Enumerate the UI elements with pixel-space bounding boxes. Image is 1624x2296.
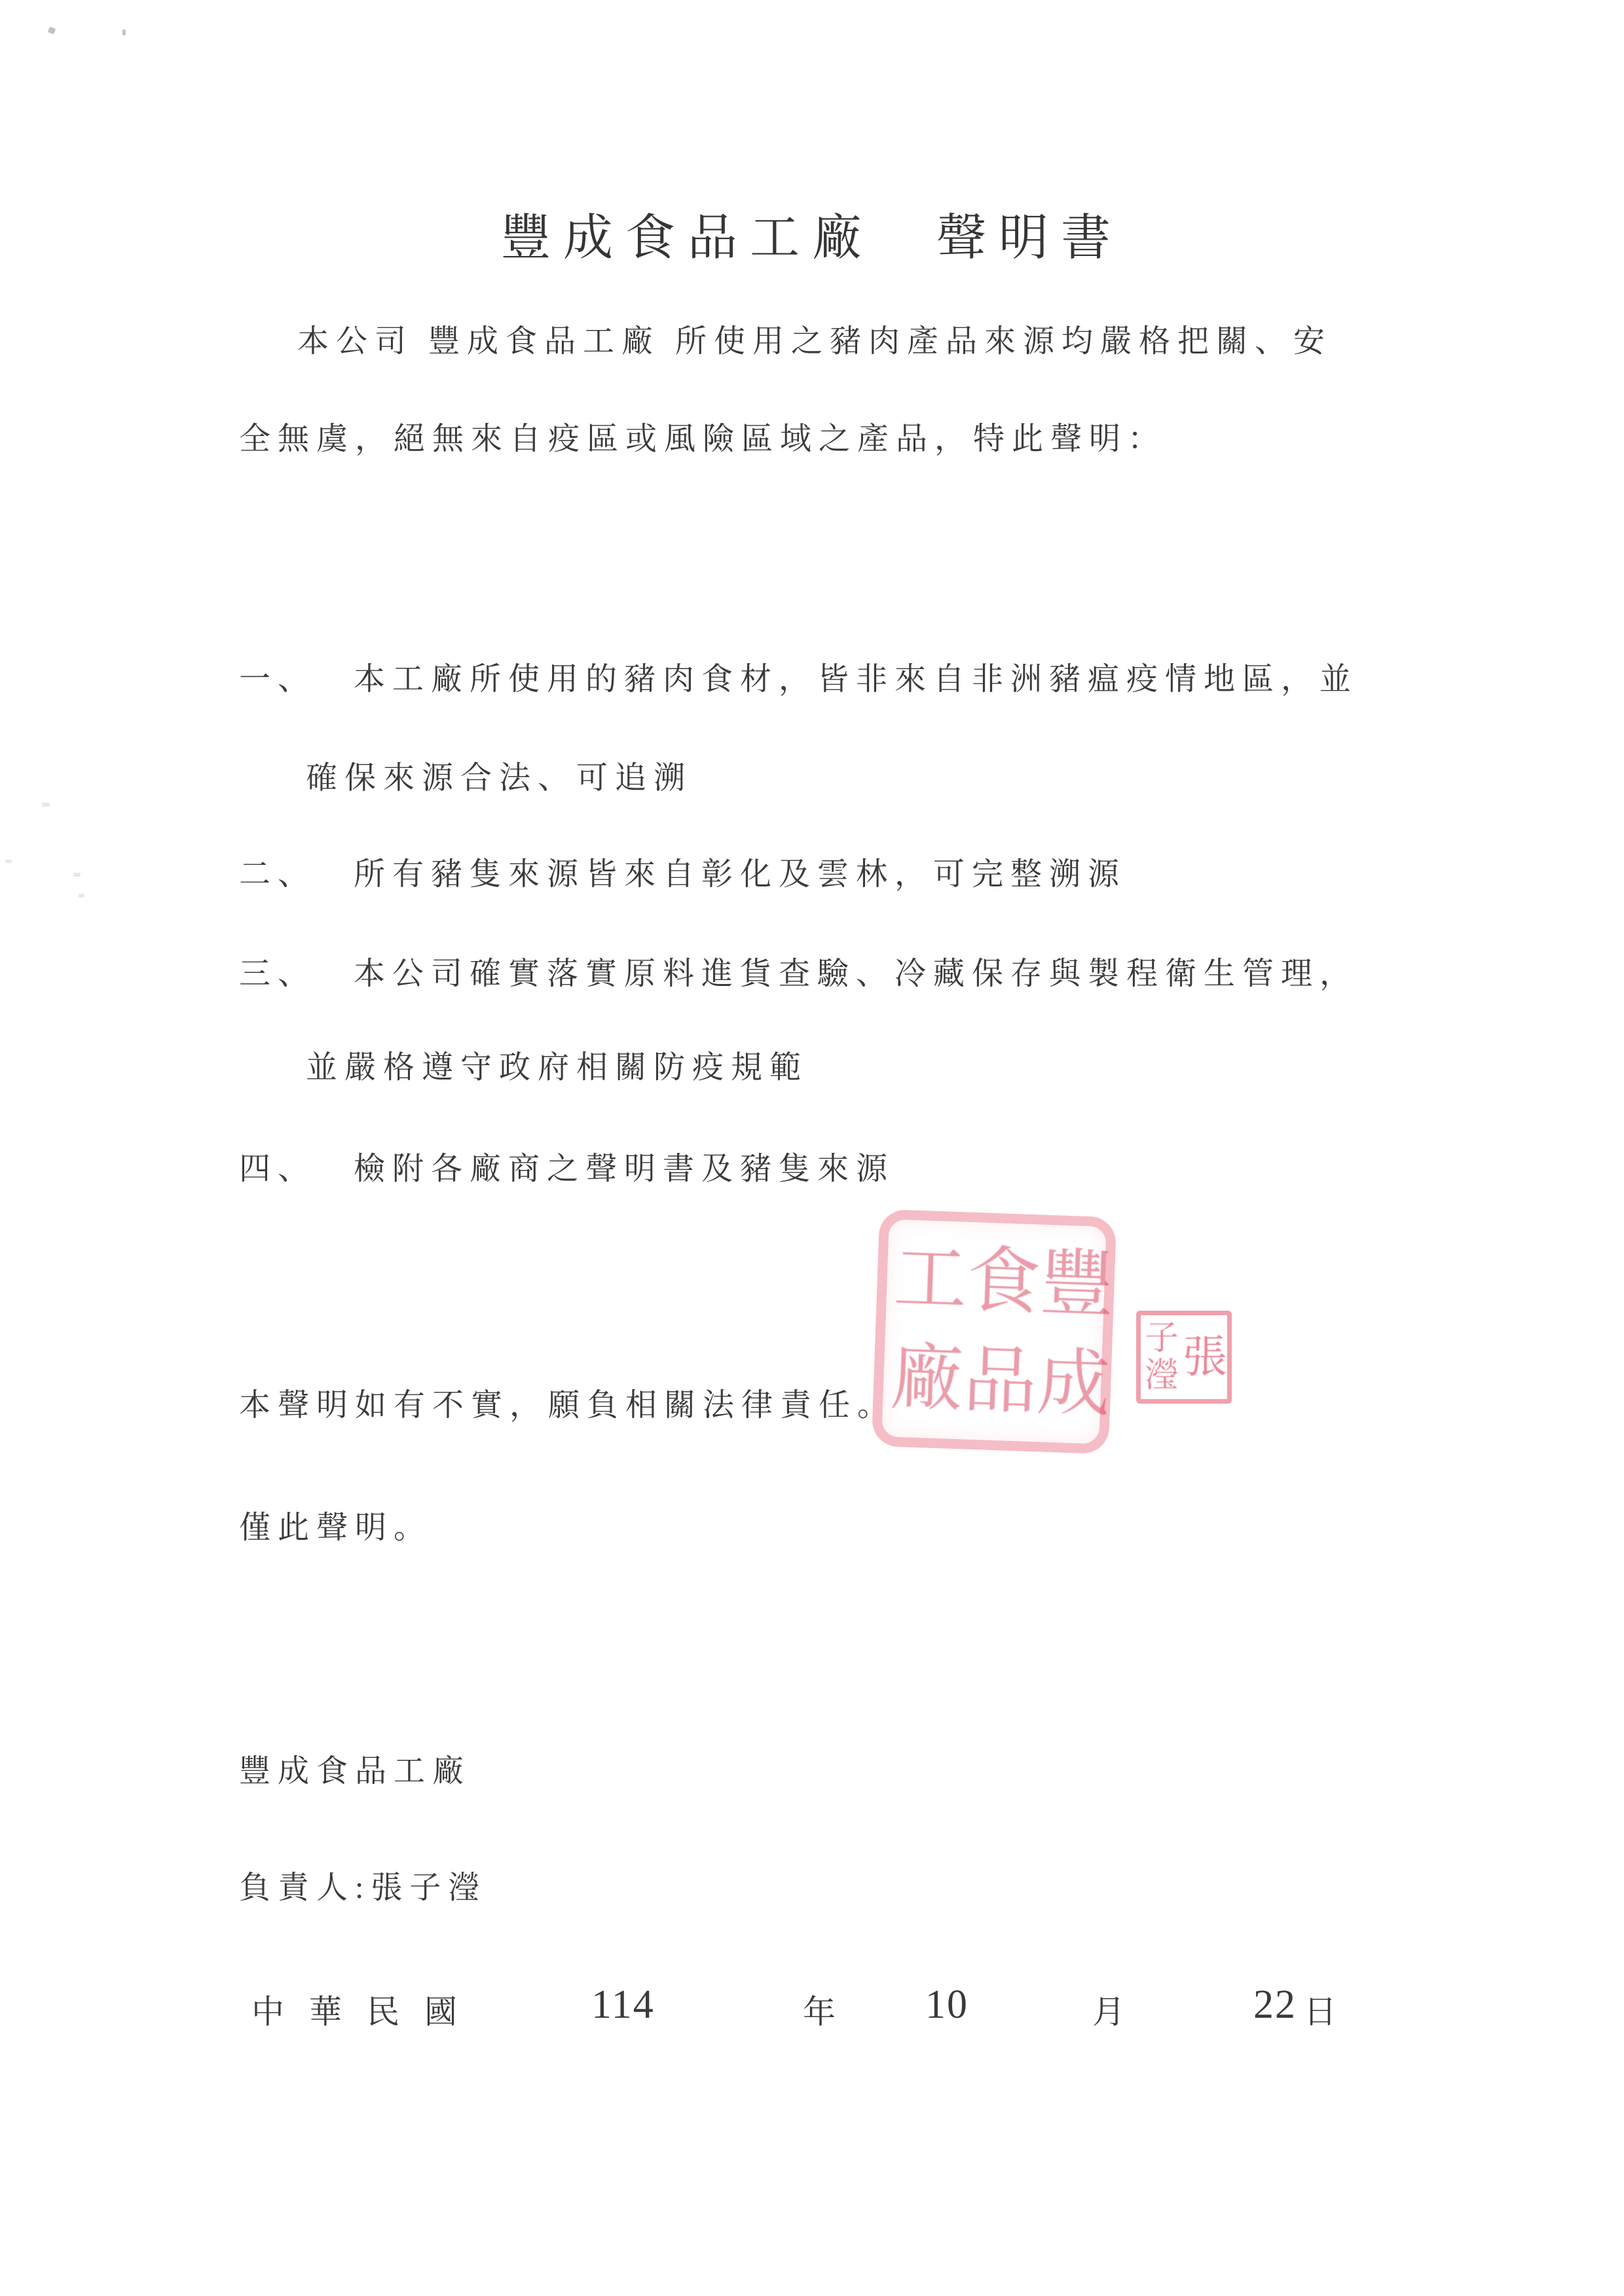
- intro-line-1: 本公司 豐成食品工廠 所使用之豬肉產品來源均嚴格把關、安: [297, 323, 1332, 359]
- item-number: 一、: [239, 661, 354, 697]
- date-line: 中華民國 114 年 10 月 22 日: [0, 1986, 1624, 2038]
- declaration-item-4: 四、檢附各廠商之聲明書及豬隻來源: [239, 1151, 895, 1187]
- scan-speck: [48, 27, 56, 35]
- era-label: 中華民國: [251, 1986, 482, 2033]
- scan-speck: [79, 894, 84, 898]
- item-number: 四、: [239, 1151, 354, 1187]
- year-value: 114: [591, 1982, 655, 2028]
- seal-char: 子: [1145, 1320, 1179, 1357]
- seal-char: 豐: [1039, 1247, 1115, 1322]
- scan-speck: [42, 803, 50, 807]
- item-text: 檢附各廠商之聲明書及豬隻來源: [354, 1152, 895, 1186]
- declaration-item-2: 二、所有豬隻來源皆來自彰化及雲林，可完整溯源: [239, 856, 1126, 892]
- company-seal-stamp: 工 廠 食 品 豐 成: [872, 1209, 1116, 1454]
- closing-line: 僅此聲明。: [239, 1510, 432, 1546]
- declaration-item-1-cont: 確保來源合法、可追溯: [306, 760, 692, 796]
- item-text: 本工廠所使用的豬肉食材，皆非來自非洲豬瘟疫情地區，並: [354, 662, 1358, 697]
- seal-char: 食: [966, 1245, 1042, 1321]
- scan-speck: [73, 873, 81, 877]
- item-number: 二、: [239, 856, 354, 892]
- item-number: 三、: [239, 956, 354, 992]
- personal-seal-left-column: 子 瀅: [1141, 1320, 1183, 1394]
- personal-seal-right-column: 張: [1183, 1335, 1227, 1379]
- seal-char: 成: [1035, 1346, 1111, 1422]
- personal-seal-stamp: 子 瀅 張: [1136, 1311, 1232, 1404]
- day-unit: 日: [1304, 1986, 1337, 2033]
- year-unit: 年: [803, 1986, 836, 2033]
- company-name-line: 豐成食品工廠: [239, 1753, 471, 1789]
- day-value: 22: [1253, 1982, 1297, 2028]
- scan-speck: [5, 860, 12, 863]
- seal-char: 工: [893, 1242, 969, 1318]
- seal-char: 張: [1183, 1335, 1227, 1379]
- document-title: 豐成食品工廠 聲明書: [501, 198, 1123, 269]
- liability-line: 本聲明如有不實，願負相關法律責任。: [239, 1387, 896, 1423]
- principal-line: 負責人:張子瀅: [239, 1870, 487, 1906]
- seal-char: 廠: [889, 1341, 965, 1417]
- seal-char: 品: [962, 1343, 1038, 1419]
- item-text: 本公司確實落實原料進貨查驗、冷藏保存與製程衛生管理，: [354, 957, 1358, 991]
- seal-char: 瀅: [1145, 1357, 1179, 1394]
- month-unit: 月: [1092, 1986, 1125, 2033]
- scan-speck: [122, 29, 126, 35]
- declaration-item-3: 三、本公司確實落實原料進貨查驗、冷藏保存與製程衛生管理，: [239, 956, 1358, 992]
- declaration-item-1: 一、本工廠所使用的豬肉食材，皆非來自非洲豬瘟疫情地區，並: [239, 661, 1358, 697]
- declaration-item-3-cont: 並嚴格遵守政府相關防疫規範: [306, 1049, 808, 1085]
- scanned-declaration-page: 豐成食品工廠 聲明書 本公司 豐成食品工廠 所使用之豬肉產品來源均嚴格把關、安 …: [0, 0, 1624, 2296]
- item-text: 所有豬隻來源皆來自彰化及雲林，可完整溯源: [354, 857, 1126, 892]
- intro-line-2: 全無虞，絕無來自疫區或風險區域之產品，特此聲明：: [239, 421, 1166, 457]
- month-value: 10: [925, 1982, 969, 2028]
